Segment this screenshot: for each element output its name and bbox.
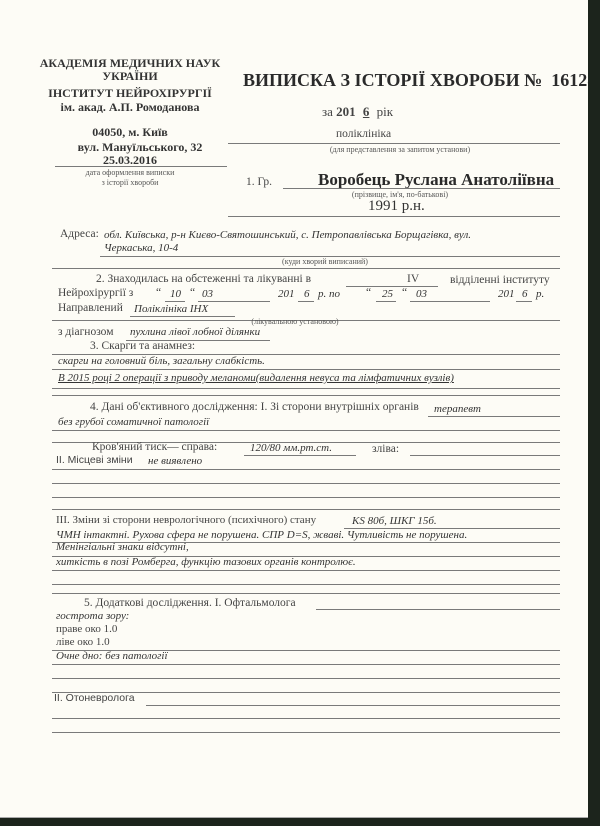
eye-rule-2 [52,664,560,665]
institute-name: ІНСТИТУТ НЕЙРОХІРУРГІЇ [30,86,230,101]
complaints-line-1 [52,369,560,370]
stay-text: 2. Знаходилась на обстеженні та лікуванн… [96,273,311,285]
from-year-base: 201 [278,288,295,300]
issue-date-caption-2: з історії хвороби [30,178,230,187]
to-year-base: 201 [498,288,515,300]
ophthalmologist-underline [316,609,560,610]
from-year-underline [298,301,314,302]
institute-named-after: ім. акад. А.П. Ромоданова [30,100,230,115]
bp-right: 120/80 мм.рт.ст. [250,442,332,454]
local-line-1 [52,469,560,470]
internal-line-1 [52,430,560,431]
local-line-4 [52,509,560,510]
complaints-heading: 3. Скарги та анамнез: [90,340,195,352]
complaints-line-2 [52,388,560,389]
neuro-rule-3 [52,570,560,571]
additional-heading: 5. Додаткові дослідження. І. Офтальмолог… [84,597,296,609]
internal-specialist: терапевт [434,403,481,415]
from-year-digit: 6 [304,288,310,300]
complaints-line1: скарги на головний біль, загальну слабкі… [58,355,265,367]
referred-by: Поліклініка ІНХ [134,303,208,315]
department-tail: відділенні інституту [450,274,550,286]
year-prefix: за [322,104,333,119]
diagnosis: пухлина лівої лобної ділянки [130,326,260,338]
bp-left-label: зліва: [372,443,399,455]
local-line-3 [52,497,560,498]
issue-date-caption-1: дата оформлення виписки [30,168,230,177]
objective-heading: 4. Дані об'єктивного дослідження: І. Зі … [90,401,419,413]
address-caption: (куди хворий виписаний) [240,257,410,266]
year-suffix: рік [377,104,393,119]
eye-rule-3 [52,678,560,679]
complaints-line2: В 2015 році 2 операції з приводу меланом… [58,372,454,384]
from-day: 10 [170,288,181,300]
local-changes-finding: не виявлено [148,455,202,467]
address-line1: обл. Київська, р-н Києво-Святошинський, … [104,229,471,241]
patient-label: 1. Гр. [246,176,272,188]
document-title: ВИПИСКА З ІСТОРІЇ ХВОРОБИ № 161284 [243,70,588,91]
recipient-caption: (для представлення за запитом установи) [300,145,500,154]
specialist-underline [428,416,560,417]
bp-label: Кров'яний тиск— справа: [92,441,217,453]
birth-year: 1991 р.н. [368,198,425,215]
from-month: 03 [202,288,213,300]
to-year-digit: 6 [522,288,528,300]
from-month-underline [198,301,270,302]
neuro-line1: ЧМН інтактні. Рухова сфера не порушена. … [56,529,467,541]
neuro-rule-4 [52,584,560,585]
bp-right-underline [244,455,356,456]
referred-caption: (лікувальною установою) [220,317,370,326]
department-number: IV [407,273,419,285]
address-label: Адреса: [60,228,99,240]
title-text: ВИПИСКА З ІСТОРІЇ ХВОРОБИ № [243,70,542,90]
local-line-2 [52,483,560,484]
neuro-scores: KS 80б, ШКГ 15б. [352,515,437,527]
to-month: 03 [416,288,427,300]
page-bottom-edge [0,817,588,818]
record-number: 161284 [551,70,588,90]
local-changes-label: II. Місцеві зміни [56,454,133,466]
medical-record-page: АКАДЕМІЯ МЕДИЧНИХ НАУК УКРАЇНИ ІНСТИТУТ … [0,0,588,818]
patient-name-underline [283,188,560,189]
to-label: р. по [318,288,340,300]
address-line2: Черкаська, 10-4 [104,242,178,254]
to-year-underline [516,301,532,302]
recipient-underline [228,143,560,144]
academy-line2: УКРАЇНИ [30,69,230,84]
section-divider-1 [52,268,560,269]
neuro-line3: хиткість в позі Ромберга, функцію тазови… [56,556,356,568]
visual-acuity-label: гострота зору: [56,610,129,622]
internal-finding: без грубої соматичної патології [58,416,209,428]
patient-name: Воробець Руслана Анатоліївна [318,170,554,190]
referred-label: Направлений [58,302,123,314]
recipient: поліклініка [336,128,391,140]
to-day: 25 [382,288,393,300]
institute-postcode-city: 04050, м. Київ [30,125,230,140]
bp-left-underline [410,455,560,456]
left-eye: ліве око 1.0 [56,636,110,648]
otoneurologist-label: II. Отоневролога [54,692,135,704]
to-suffix: р. [536,288,544,300]
oto-rule-1 [146,705,560,706]
to-month-underline [410,301,490,302]
fundus-finding: Очне дно: без патології [56,650,168,662]
year-digit: 6 [359,104,374,119]
to-day-underline [376,301,396,302]
from-prefix: Нейрохірургії з [58,287,133,299]
section4-top-line [52,395,560,396]
record-year: за 201 6 рік [322,104,393,120]
section5-top-line [52,593,560,594]
oto-rule-2 [52,718,560,719]
department-underline [346,286,438,287]
diagnosis-label: з діагнозом [58,326,113,338]
from-day-underline [165,301,185,302]
oto-rule-3 [52,732,560,733]
birth-year-underline [228,216,560,217]
neuro-label: III. Зміни зі сторони неврологічного (пс… [56,514,316,526]
issue-date-underline [55,166,227,167]
neuro-line2: Менінгіальні знаки відсутні, [56,541,189,553]
year-base: 201 [336,104,356,119]
right-eye: праве око 1.0 [56,623,117,635]
